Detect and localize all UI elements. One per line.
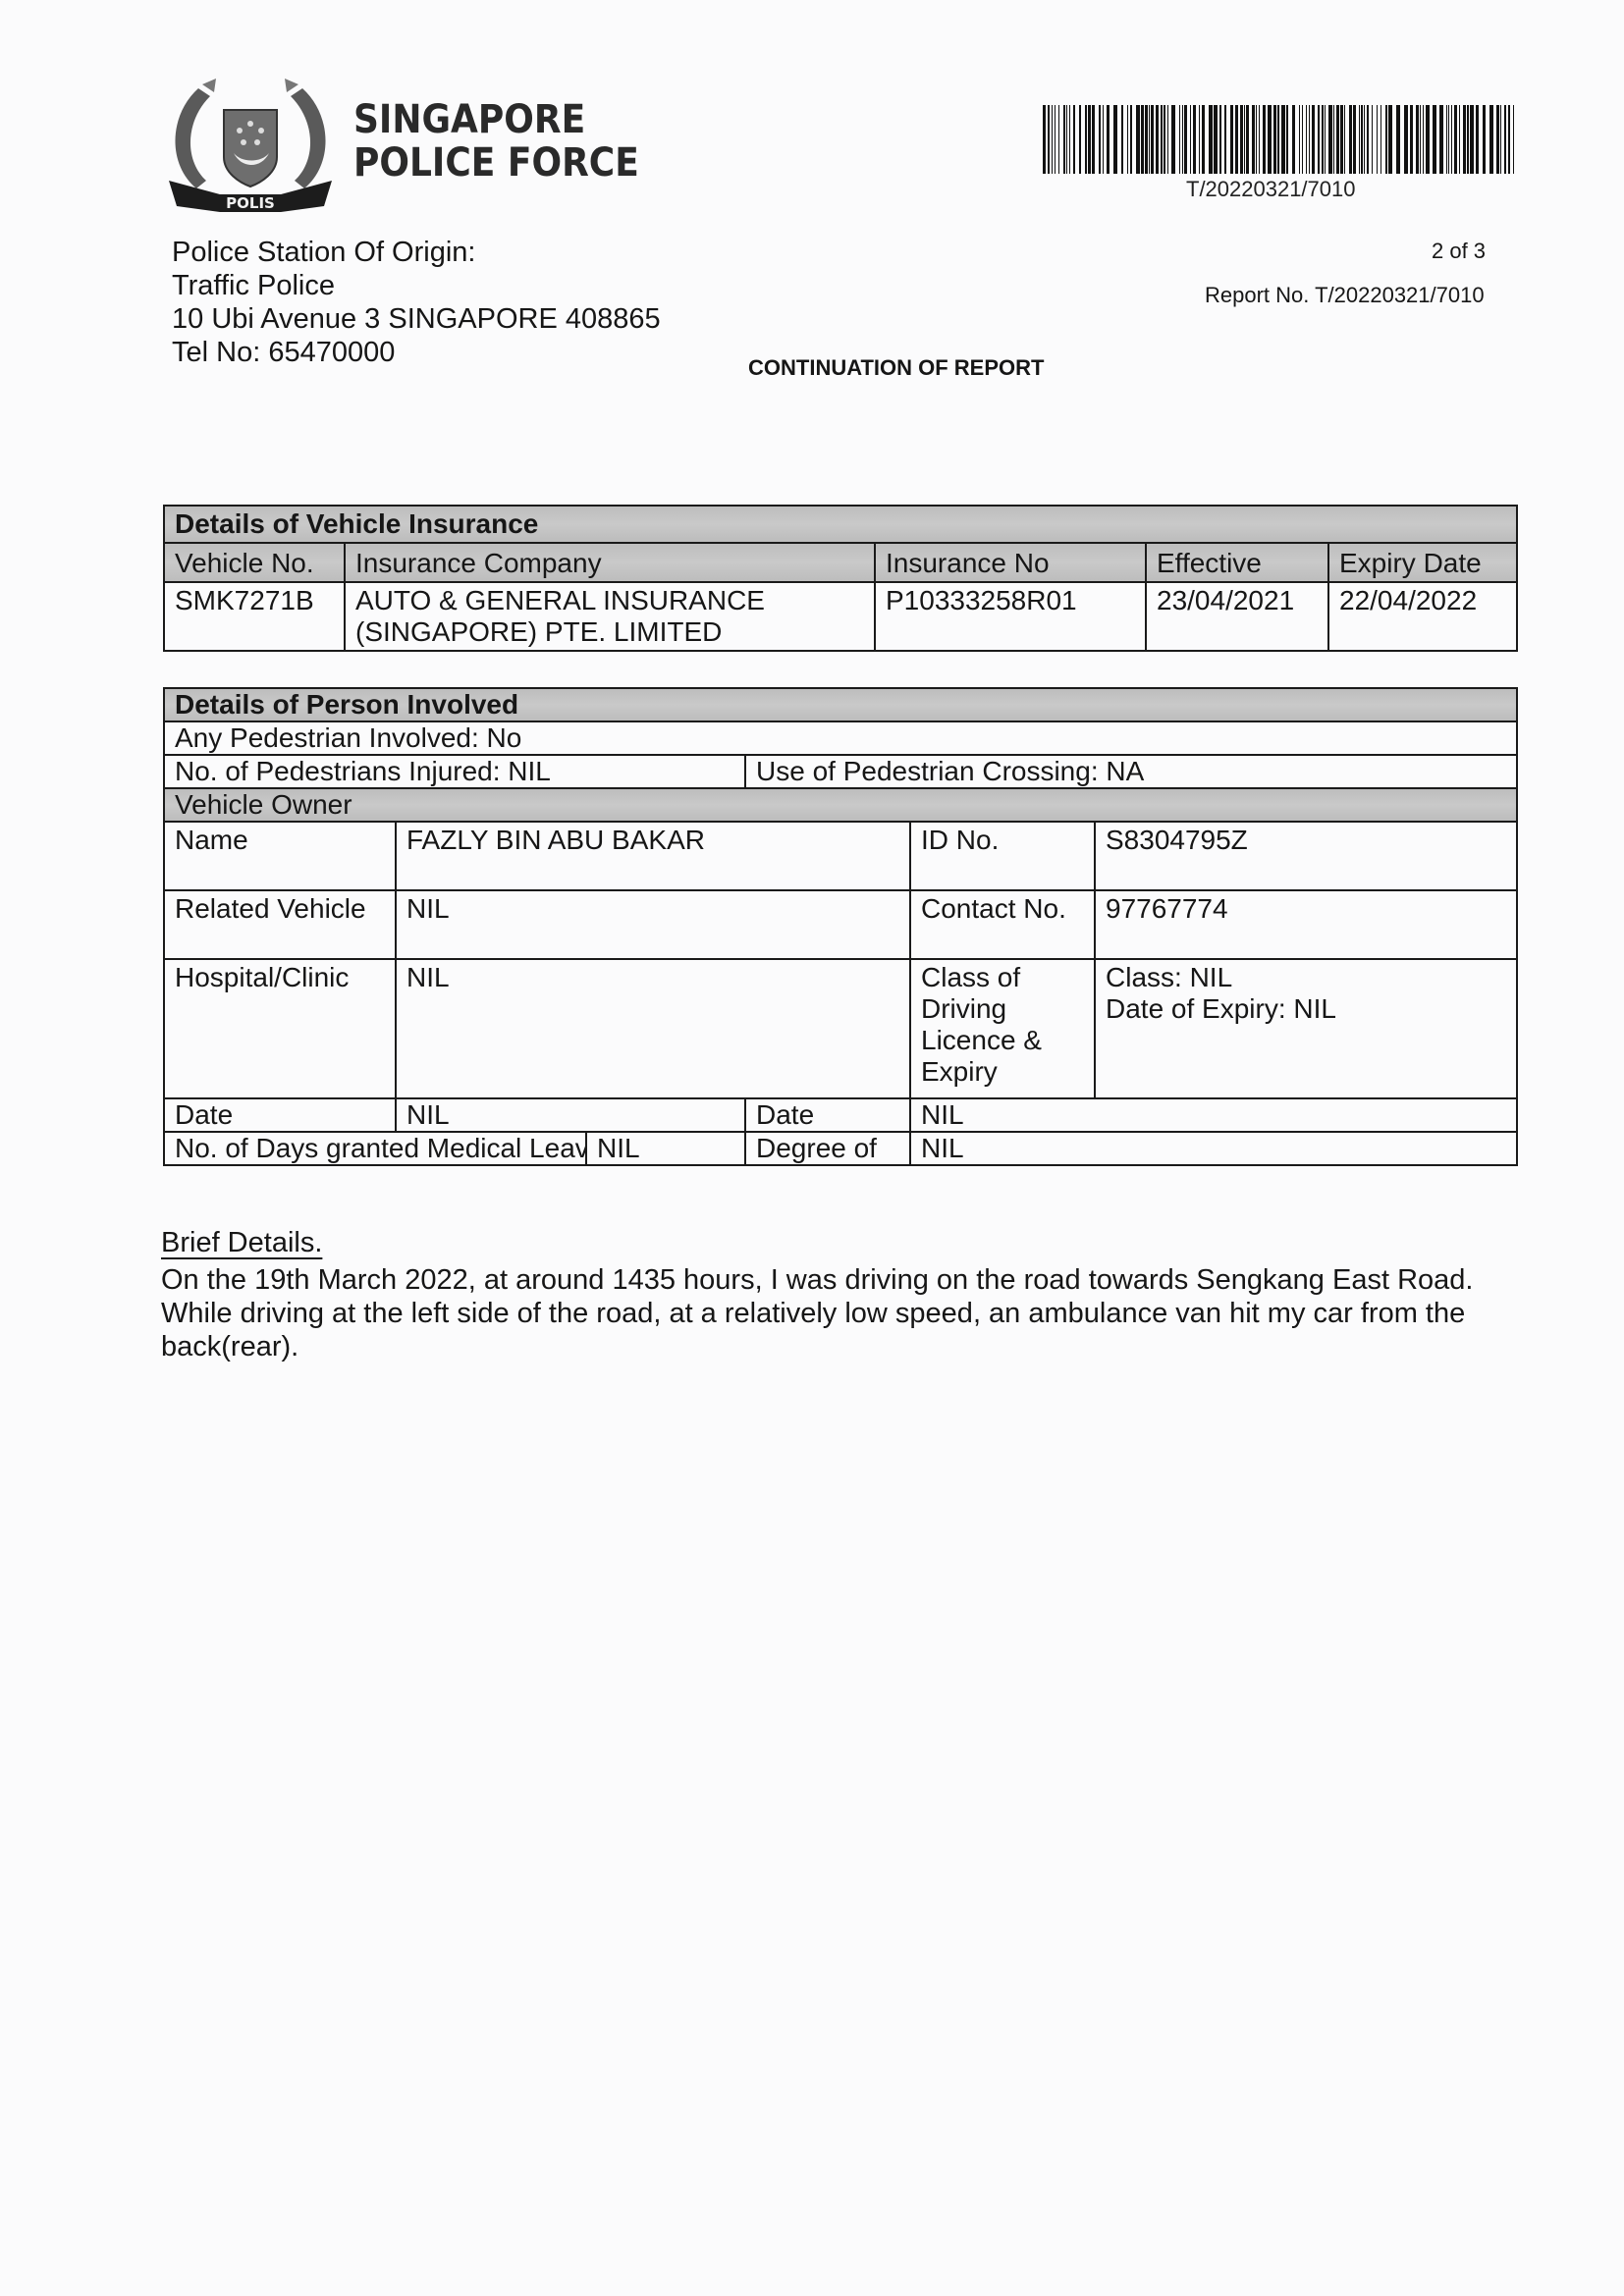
date-label: Date bbox=[164, 1098, 396, 1132]
licence-label-line: Licence & bbox=[921, 1025, 1084, 1056]
licence-label-line: Class of bbox=[921, 962, 1084, 993]
organization-line-2: POLICE FORCE bbox=[353, 141, 639, 185]
station-of-origin: Police Station Of Origin: Traffic Police… bbox=[172, 236, 661, 369]
effective-date: 23/04/2021 bbox=[1146, 582, 1328, 651]
origin-label: Police Station Of Origin: bbox=[172, 236, 661, 269]
vehicle-insurance-title: Details of Vehicle Insurance bbox=[164, 506, 1517, 543]
column-header: Expiry Date bbox=[1328, 543, 1517, 582]
licence-label: Class of Driving Licence & Expiry bbox=[910, 959, 1095, 1098]
id-value: S8304795Z bbox=[1095, 822, 1517, 890]
report-number: Report No. T/20220321/7010 bbox=[1205, 283, 1485, 308]
barcode-number: T/20220321/7010 bbox=[1186, 177, 1356, 202]
insurance-company-line2: (SINGAPORE) PTE. LIMITED bbox=[355, 616, 864, 648]
brief-details-heading: Brief Details. bbox=[161, 1227, 322, 1259]
vehicle-insurance-table: Details of Vehicle Insurance Vehicle No.… bbox=[163, 505, 1518, 652]
person-involved-title: Details of Person Involved bbox=[164, 688, 1517, 721]
hospital-value: NIL bbox=[396, 959, 910, 1098]
date2-value: NIL bbox=[910, 1098, 1517, 1132]
degree-label: Degree of bbox=[745, 1132, 910, 1165]
licence-class: Class: NIL bbox=[1106, 962, 1506, 993]
brief-details-text: On the 19th March 2022, at around 1435 h… bbox=[161, 1263, 1536, 1363]
vehicle-no: SMK7271B bbox=[164, 582, 345, 651]
date-value: NIL bbox=[396, 1098, 745, 1132]
origin-address: 10 Ubi Avenue 3 SINGAPORE 408865 bbox=[172, 302, 661, 336]
organization-name: SINGAPORE POLICE FORCE bbox=[353, 98, 639, 185]
hospital-label: Hospital/Clinic bbox=[164, 959, 396, 1098]
pedestrians-injured: No. of Pedestrians Injured: NIL bbox=[164, 755, 745, 788]
name-label: Name bbox=[164, 822, 396, 890]
date2-label: Date bbox=[745, 1098, 910, 1132]
barcode-icon bbox=[1041, 105, 1517, 174]
person-involved-table: Details of Person Involved Any Pedestria… bbox=[163, 687, 1518, 1166]
crest-banner-text: POLIS bbox=[226, 194, 275, 212]
organization-line-1: SINGAPORE bbox=[353, 98, 639, 141]
origin-tel: Tel No: 65470000 bbox=[172, 336, 661, 369]
insurance-company: AUTO & GENERAL INSURANCE (SINGAPORE) PTE… bbox=[345, 582, 875, 651]
licence-label-line: Expiry bbox=[921, 1056, 1084, 1088]
vehicle-owner-title: Vehicle Owner bbox=[164, 788, 1517, 822]
insurance-no: P10333258R01 bbox=[875, 582, 1146, 651]
licence-label-line: Driving bbox=[921, 993, 1084, 1025]
name-value: FAZLY BIN ABU BAKAR bbox=[396, 822, 910, 890]
page-indicator: 2 of 3 bbox=[1432, 239, 1486, 264]
police-crest-icon: POLIS bbox=[159, 71, 342, 216]
medical-leave-label: No. of Days granted Medical Leave bbox=[164, 1132, 586, 1165]
column-header: Effective bbox=[1146, 543, 1328, 582]
degree-value: NIL bbox=[910, 1132, 1517, 1165]
expiry-date: 22/04/2022 bbox=[1328, 582, 1517, 651]
insurance-company-line1: AUTO & GENERAL INSURANCE bbox=[355, 585, 864, 616]
column-header: Insurance No bbox=[875, 543, 1146, 582]
licence-expiry: Date of Expiry: NIL bbox=[1106, 993, 1506, 1025]
column-header: Vehicle No. bbox=[164, 543, 345, 582]
pedestrian-crossing: Use of Pedestrian Crossing: NA bbox=[745, 755, 1517, 788]
column-header: Insurance Company bbox=[345, 543, 875, 582]
contact-label: Contact No. bbox=[910, 890, 1095, 959]
origin-station: Traffic Police bbox=[172, 269, 661, 302]
contact-value: 97767774 bbox=[1095, 890, 1517, 959]
licence-value: Class: NIL Date of Expiry: NIL bbox=[1095, 959, 1517, 1098]
related-vehicle-value: NIL bbox=[396, 890, 910, 959]
any-pedestrian-involved: Any Pedestrian Involved: No bbox=[164, 721, 1517, 755]
report-title: CONTINUATION OF REPORT bbox=[748, 355, 1044, 381]
id-label: ID No. bbox=[910, 822, 1095, 890]
table-row: SMK7271B AUTO & GENERAL INSURANCE (SINGA… bbox=[164, 582, 1517, 651]
medical-leave-value: NIL bbox=[586, 1132, 745, 1165]
related-vehicle-label: Related Vehicle bbox=[164, 890, 396, 959]
